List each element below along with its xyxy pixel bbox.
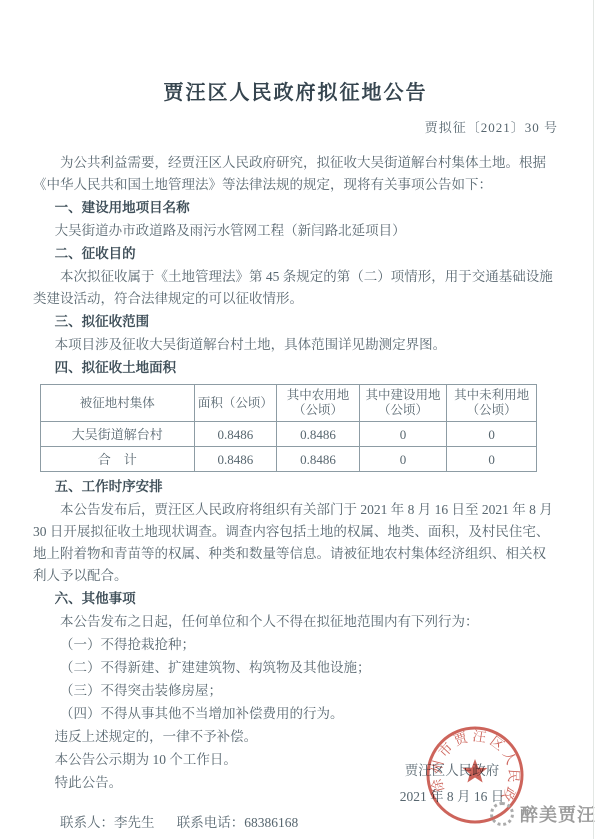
section-6-line-3: （二）不得新建、扩建建筑物、构筑物及其他设施； bbox=[33, 657, 558, 679]
table-header-farmland: 其中农用地（公顷） bbox=[277, 385, 360, 422]
cell-farmland: 0.8486 bbox=[277, 422, 360, 447]
section-6-line-6: 违反上述规定的，一律不予补偿。 bbox=[33, 726, 558, 748]
document-body: 贾汪区人民政府拟征地公告 贾拟征〔2021〕30 号 为公共利益需要，经贾汪区人… bbox=[0, 0, 599, 834]
contact-person: 联系人：李先生 bbox=[60, 815, 155, 830]
intro-paragraph: 为公共利益需要，经贾汪区人民政府研究，拟征收大吴街道解台村集体土地。根据《中华人… bbox=[33, 152, 558, 196]
section-6-line-2: （一）不得抢栽抢种； bbox=[33, 634, 558, 656]
cell-construction: 0 bbox=[359, 422, 446, 447]
cell-total-unused: 0 bbox=[447, 447, 537, 472]
page-edge-line bbox=[593, 0, 594, 839]
cell-area: 0.8486 bbox=[194, 422, 277, 447]
cell-total-construction: 0 bbox=[359, 447, 446, 472]
section-5-body: 本公告发布后，贾汪区人民政府将组织有关部门于 2021 年 8 月 16 日至 … bbox=[33, 499, 558, 587]
announcement-page: 贾汪区人民政府拟征地公告 贾拟征〔2021〕30 号 为公共利益需要，经贾汪区人… bbox=[0, 0, 599, 839]
doc-number: 贾拟征〔2021〕30 号 bbox=[33, 117, 558, 136]
watermark-logo-icon bbox=[490, 802, 514, 826]
land-area-table: 被征地村集体 面积（公顷） 其中农用地（公顷） 其中建设用地（公顷） 其中未利用… bbox=[40, 384, 537, 472]
section-3-heading: 三、拟征收范围 bbox=[33, 311, 558, 333]
signature-org: 贾汪区人民政府 bbox=[367, 758, 537, 784]
cell-village: 大吴街道解台村 bbox=[41, 422, 195, 447]
cell-total-label: 合 计 bbox=[41, 447, 195, 472]
section-1-heading: 一、建设用地项目名称 bbox=[33, 197, 558, 219]
table-header-row: 被征地村集体 面积（公顷） 其中农用地（公顷） 其中建设用地（公顷） 其中未利用… bbox=[41, 385, 537, 422]
cell-total-area: 0.8486 bbox=[194, 447, 277, 472]
table-header-village: 被征地村集体 bbox=[41, 385, 195, 422]
cell-unused: 0 bbox=[447, 422, 537, 447]
watermark: 醉美贾汪 bbox=[490, 801, 596, 827]
table-row-total: 合 计 0.8486 0.8486 0 0 bbox=[41, 447, 537, 472]
table-header-area: 面积（公顷） bbox=[194, 385, 277, 422]
section-2-body: 本次拟征收属于《土地管理法》第 45 条规定的第（二）项情形，用于交通基础设施类… bbox=[33, 266, 558, 310]
watermark-text: 醉美贾汪 bbox=[520, 801, 596, 827]
section-6-heading: 六、其他事项 bbox=[33, 588, 558, 610]
section-1-body: 大吴街道办市政道路及雨污水管网工程（新闫路北延项目） bbox=[33, 220, 558, 242]
contact-line: 联系人：李先生 联系电话：68386168 bbox=[33, 812, 558, 834]
contact-phone: 联系电话：68386168 bbox=[177, 815, 299, 830]
table-header-construction: 其中建设用地（公顷） bbox=[359, 385, 446, 422]
page-title: 贾汪区人民政府拟征地公告 bbox=[33, 76, 558, 105]
cell-total-farmland: 0.8486 bbox=[277, 447, 360, 472]
section-5-heading: 五、工作时序安排 bbox=[33, 476, 558, 498]
section-4-heading: 四、拟征收土地面积 bbox=[33, 357, 558, 379]
section-2-heading: 二、征收目的 bbox=[33, 243, 558, 265]
section-6-line-1: 本公告发布之日起，任何单位和个人不得在拟征地范围内有下列行为： bbox=[33, 611, 558, 633]
section-3-body: 本项目涉及征收大吴街道解台村土地，具体范围详见勘测定界图。 bbox=[33, 334, 558, 356]
section-6-line-5: （四）不得从事其他不当增加补偿费用的行为。 bbox=[33, 703, 558, 725]
section-6-line-4: （三）不得突击装修房屋； bbox=[33, 680, 558, 702]
table-row: 大吴街道解台村 0.8486 0.8486 0 0 bbox=[41, 422, 537, 447]
table-header-unused: 其中未利用地（公顷） bbox=[447, 385, 537, 422]
